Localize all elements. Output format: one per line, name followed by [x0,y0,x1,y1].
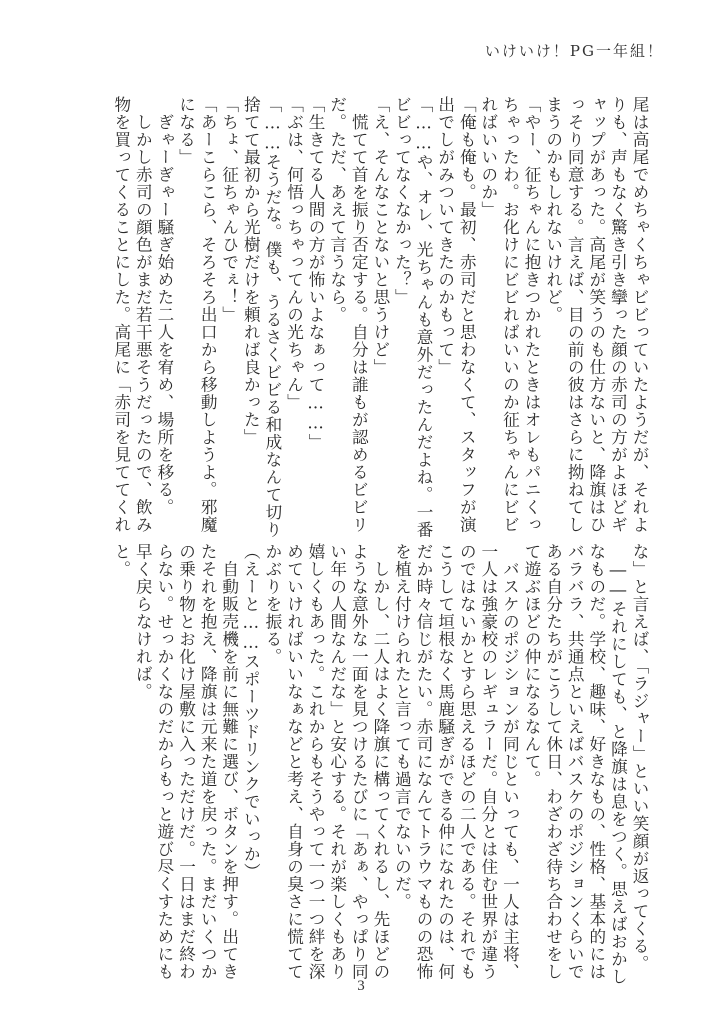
text-line: めていければいいなぁなどと考え、自身の臭さに慌てて [283,543,305,947]
text-line: ちゃったわ。お化けにビビればいいのか征ちゃんにビビ [499,96,521,500]
text-line: まうのかもしれないけれど。 [542,96,564,500]
text-line: 嬉しくもあった。これからもそうやって一つ一つ絆を深 [305,543,327,947]
text-line: ればいいのか」 [477,96,499,500]
text-line: 尾は高尾でめちゃくちゃビビっていたようだが、それよ [628,96,650,500]
text-line: て遊ぶほどの仲になるなんて。 [520,543,542,947]
text-line: 自動販売機を前に無難に選び、ボタンを押す。出てき [218,543,240,947]
text-line: バラバラ、共通点といえばバスケのポジションくらいで [564,543,586,947]
text-line: 「ぶは、何悟っちゃってんの光ちゃん」 [283,96,305,500]
text-line: らない。せっかくなのだからもっと遊び尽くすためにも [153,543,175,947]
text-line: 出でしがみついてきたのかもって」 [434,96,456,500]
text-line: のではないかとすら思えるほどの二人である。それでも [456,543,478,947]
text-line: 「……そうだな。僕も、うるさくビビる和成なんて切り [261,96,283,500]
page-number: 3 [0,978,722,995]
text-line: ある自分たちがこうして休日、わざわざ待ち合わせをし [542,543,564,947]
text-line: ――それにしても、と降旗は息をつく。思えばおかし [607,543,629,947]
text-line: 慌てて首を振り否定する。自分は誰もが認めるビビリ [348,96,370,500]
text-line: だか時々信じがたい。赤司になんてトラウマものの恐怖 [412,543,434,947]
text-line: ぎゃーぎゃー騒ぎ始めた二人を宥め、場所を移る。 [153,96,175,500]
text-line: たそれを抱え、降旗は元来た道を戻った。まだいくつか [197,543,219,947]
text-line: 「生きてる人間の方が怖いよなぁって……」 [305,96,327,500]
text-line: バスケのポジションが同じといっても、一人は主将、 [499,543,521,947]
text-line: を植え付けられたと言っても過言でないのだ。 [391,543,413,947]
text-line: ビビってなくなかった？」 [391,96,413,500]
text-line: しかし赤司の顔色がまだ若干悪そうだったので、飲み [132,96,154,500]
text-line: 早く戻らなければ。 [132,543,154,947]
text-line: 「やー、征ちゃんに抱きつかれたときはオレもパニくっ [520,96,542,500]
text-line: い年の人間なんだな」と安心する。それが楽しくもあり [326,543,348,947]
text-line: こうして垣根なく馬鹿騒ぎができる仲になれたのは、何 [434,543,456,947]
text-line: 「……や、オレ、光ちゃんも意外だったんだよね。一番 [412,96,434,500]
text-line: しかし、二人はよく降旗に構ってくれるし、先ほどの [369,543,391,947]
text-line: 物を買ってくることにした。高尾に「赤司を見ててくれ [110,96,132,500]
text-line: 「俺も俺も。最初、赤司だと思わなくて、スタッフが演 [456,96,478,500]
text-line: 「ちょ、征ちゃんひでぇ！」 [218,96,240,500]
text-line: ような意外な一面を見つけるたびに「あぁ、やっぱり同 [348,543,370,947]
text-block-bottom: な」と言えば、「ラジャー」といい笑顔が返ってくる。 ――それにしても、と降旗は息… [70,543,650,947]
text-line: 一人は強豪校のレギュラーだ。自分とは住む世界が違う [477,543,499,947]
text-line: と。 [110,543,132,947]
text-line: かぶりを振る。 [261,543,283,947]
text-line: なものだ。学校、趣味、好きなもの、性格、基本的には [585,543,607,947]
text-block-top: 尾は高尾でめちゃくちゃビビっていたようだが、それよ りも、声もなく驚き引き攣った… [70,96,650,500]
text-line: っそり同意する。言えば、目の前の彼はさらに拗ねてし [564,96,586,500]
text-line: 「え、そんなことないと思うけど」 [369,96,391,500]
text-line: の乗り物とお化け屋敷に入っただけだ。一日はまだ終わ [175,543,197,947]
text-line: 「あーこらこら、そろそろ出口から移動しようよ。邪魔 [197,96,219,500]
text-line: な」と言えば、「ラジャー」といい笑顔が返ってくる。 [628,543,650,947]
text-line: 捨てて最初から光樹だけを頼れば良かった」 [240,96,262,500]
text-line: りも、声もなく驚き引き攣った顔の赤司の方がよほどギ [607,96,629,500]
text-line: （えーと……スポーツドリンクでいっか） [240,543,262,947]
text-line: になる」 [175,96,197,500]
text-line: ャップがあった。高尾が笑うのも仕方ないと、降旗はひ [585,96,607,500]
running-header: いけいけ！PG一年組！ [485,40,664,61]
text-line: だ。ただ、あえて言うなら。 [326,96,348,500]
